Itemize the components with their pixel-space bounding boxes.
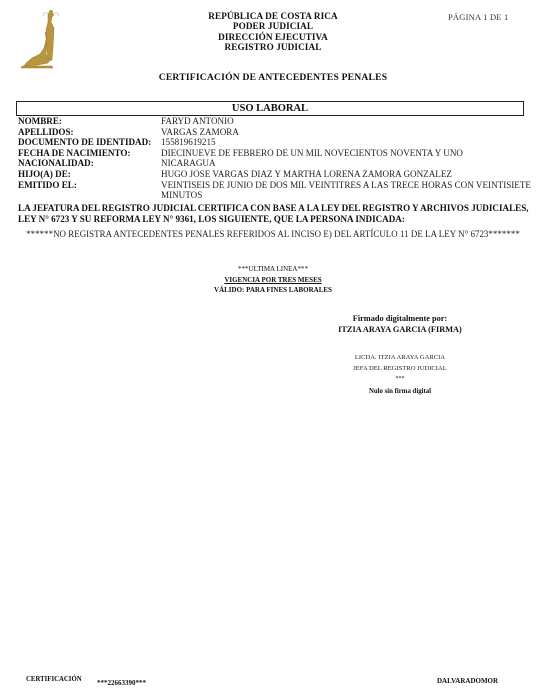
- signature-separator: ***: [330, 374, 470, 385]
- field-value: DIECINUEVE DE FEBRERO DE UN MIL NOVECIEN…: [161, 148, 531, 159]
- field-value: VARGAS ZAMORA: [161, 127, 531, 138]
- signer-block: LICDA. ITZIA ARAYA GARCIA JEFA DEL REGIS…: [330, 353, 470, 397]
- footer-certification-label: CERTIFICACIÓN: [26, 676, 82, 683]
- personal-data-fields: NOMBRE: FARYD ANTONIO APELLIDOS: VARGAS …: [18, 116, 538, 201]
- nullity-note: Nulo sin firma digital: [330, 387, 470, 398]
- field-value: FARYD ANTONIO: [161, 116, 531, 127]
- field-label: NOMBRE:: [18, 116, 161, 127]
- field-row-parents: HIJO(A) DE: HUGO JOSE VARGAS DIAZ Y MART…: [18, 169, 538, 180]
- header-line-branch: PODER JUDICIAL: [0, 21, 546, 31]
- footer-user-id: DALVARADOMOR: [437, 677, 498, 685]
- field-label: HIJO(A) DE:: [18, 169, 161, 180]
- field-label: APELLIDOS:: [18, 127, 161, 138]
- field-label: EMITIDO EL:: [18, 180, 161, 201]
- field-value: 155819619215: [161, 137, 531, 148]
- last-line-marker: ***ULTIMA LINEA***: [0, 264, 546, 275]
- record-result: ******NO REGISTRA ANTECEDENTES PENALES R…: [0, 229, 546, 239]
- document-title: CERTIFICACIÓN DE ANTECEDENTES PENALES: [0, 72, 546, 83]
- signed-by-name: ITZIA ARAYA GARCIA (FIRMA): [330, 325, 470, 336]
- usage-type-box: USO LABORAL: [16, 101, 524, 116]
- field-row-surnames: APELLIDOS: VARGAS ZAMORA: [18, 127, 538, 138]
- field-value: NICARAGUA: [161, 158, 531, 169]
- field-label: DOCUMENTO DE IDENTIDAD:: [18, 137, 161, 148]
- page-indicator: PÁGINA 1 DE 1: [448, 12, 508, 22]
- signer-role: JEFA DEL REGISTRO JUDICIAL: [330, 364, 470, 375]
- validity-term: VIGENCIA POR TRES MESES: [0, 275, 546, 286]
- valid-purpose: VÁLIDO: PARA FINES LABORALES: [0, 285, 546, 296]
- digital-signature-block: Firmado digitalmente por: ITZIA ARAYA GA…: [330, 314, 470, 335]
- field-value: VEINTISEIS DE JUNIO DE DOS MIL VEINTITRE…: [161, 180, 531, 201]
- field-value: HUGO JOSE VARGAS DIAZ Y MARTHA LORENA ZA…: [161, 169, 531, 180]
- header-line-directorate: DIRECCIÓN EJECUTIVA: [0, 32, 546, 42]
- field-row-nationality: NACIONALIDAD: NICARAGUA: [18, 158, 538, 169]
- certification-statement: LA JEFATURA DEL REGISTRO JUDICIAL CERTIF…: [18, 203, 533, 225]
- footer-certification-number: ***22663390***: [97, 679, 146, 687]
- field-row-issued: EMITIDO EL: VEINTISEIS DE JUNIO DE DOS M…: [18, 180, 538, 201]
- field-row-name: NOMBRE: FARYD ANTONIO: [18, 116, 538, 127]
- field-label: NACIONALIDAD:: [18, 158, 161, 169]
- field-row-id-document: DOCUMENTO DE IDENTIDAD: 155819619215: [18, 137, 538, 148]
- field-row-birth-date: FECHA DE NACIMIENTO: DIECINUEVE DE FEBRE…: [18, 148, 538, 159]
- field-label: FECHA DE NACIMIENTO:: [18, 148, 161, 159]
- signer-name: LICDA. ITZIA ARAYA GARCIA: [330, 353, 470, 364]
- validity-block: ***ULTIMA LINEA*** VIGENCIA POR TRES MES…: [0, 264, 546, 296]
- header-line-registry: REGISTRO JUDICIAL: [0, 42, 546, 52]
- signed-by-label: Firmado digitalmente por:: [330, 314, 470, 325]
